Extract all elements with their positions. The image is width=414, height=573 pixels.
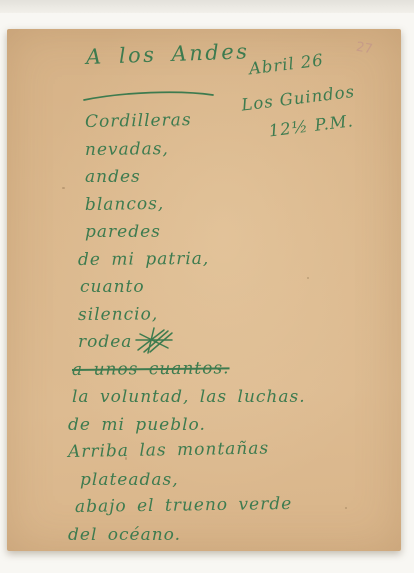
poem-line: Cordilleras [85, 104, 378, 137]
scribbled-out-word [134, 326, 174, 354]
poem-line: del océano. [68, 522, 378, 550]
poem-line-text: paredes [85, 222, 161, 242]
poem-line: la voluntad, las luchas. [72, 384, 378, 412]
poem-line-text: Arriba las montañas [68, 438, 269, 462]
poem-line-text: nevadas, [85, 139, 169, 160]
poem-line: silencio, [78, 299, 378, 329]
poem-line-text: del océano. [68, 525, 181, 545]
poem-body: Cordilleras nevadas, andes blancos, pare… [68, 109, 378, 549]
poem-line-text: la voluntad, las luchas. [72, 387, 306, 407]
poem-title: A los Andes [86, 39, 250, 69]
poem-line-text: cuanto [80, 277, 145, 297]
poem-line-text: plateadas, [80, 470, 179, 490]
poem-line-text: de mi patria, [78, 248, 209, 269]
poem-line-text-struck: a unos cuantos. [72, 358, 230, 380]
poem-line: abajo el trueno verde [75, 490, 378, 522]
poem-line-text: silencio, [78, 304, 158, 325]
poem-line: cuanto [80, 274, 378, 302]
manuscript-paper: 27 A los Andes Abril 26 Los Guindos 12½ … [7, 29, 401, 551]
poem-line: andes [85, 164, 378, 192]
poem-line: nevadas, [85, 133, 378, 164]
paper-speck [62, 187, 65, 189]
poem-line-text: de mi pueblo. [68, 415, 206, 435]
poem-line-text: Cordilleras [85, 110, 192, 132]
poem-line: a unos cuantos. [72, 353, 378, 384]
title-underline-stroke [81, 89, 217, 103]
poem-line-text: rodea [78, 332, 132, 352]
poem-line: de mi patria, [78, 244, 378, 274]
poem-line: blancos, [85, 187, 378, 219]
poem-line: Arriba las montañas [68, 434, 378, 467]
poem-line-text: andes [85, 167, 141, 187]
poem-line: rodea [78, 329, 378, 357]
scan-edge-strip [0, 0, 414, 13]
poem-line: paredes [85, 219, 378, 247]
poem-line-text: blancos, [85, 193, 165, 214]
dateline-date: Abril 26 [248, 50, 325, 78]
scanned-manuscript-page: 27 A los Andes Abril 26 Los Guindos 12½ … [0, 0, 414, 573]
poem-line-text: abajo el trueno verde [75, 494, 293, 517]
